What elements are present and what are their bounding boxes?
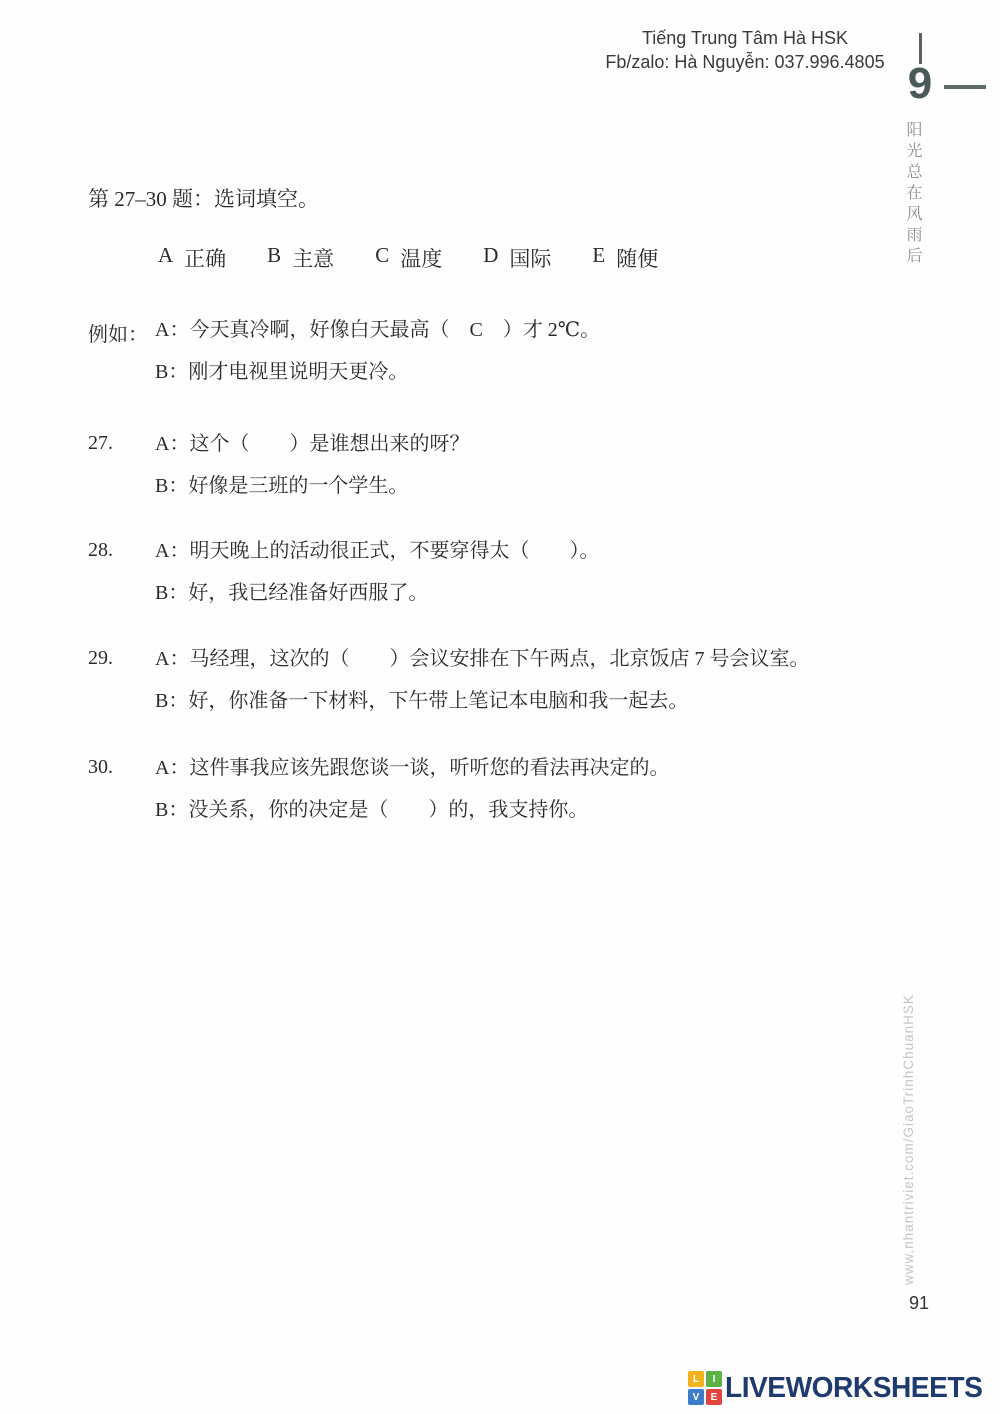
question-29-lines: A：马经理，这次的（ ）会议安排在下午两点，北京饭店 7 号会议室。 B：好，你… [155,647,809,714]
question-30-lines: A：这件事我应该先跟您谈一谈，听听您的看法再决定的。 B：没关系，你的决定是（ … [155,756,669,823]
logo-square-v: V [688,1389,704,1405]
question-29: 29. A：马经理，这次的（ ）会议安排在下午两点，北京饭店 7 号会议室。 B… [88,647,809,731]
example-lines: A：今天真冷啊，好像白天最高（ C ）才 2℃。 B：刚才电视里说明天更冷。 [155,318,600,385]
option-b-word: 主意 [292,243,334,273]
option-d-word: 国际 [509,243,551,273]
worksheet-page: Tiếng Trung Tâm Hà HSK Fb/zalo: Hà Nguyễ… [0,0,1000,1414]
question-30-line-a: A：这件事我应该先跟您谈一谈，听听您的看法再决定的。 [155,756,669,781]
option-b-letter: B [267,243,281,273]
option-d: D 国际 [483,243,551,273]
example-label: 例如： [88,318,148,347]
header-block: Tiếng Trung Tâm Hà HSK Fb/zalo: Hà Nguyễ… [570,26,920,74]
question-28-lines: A：明天晚上的活动很正式，不要穿得太（ ）。 B：好，我已经准备好西服了。 [155,539,599,606]
question-28-line-a: A：明天晚上的活动很正式，不要穿得太（ ）。 [155,539,599,564]
question-30-number: 30. [88,756,113,779]
question-30-line-b: B：没关系，你的决定是（ ）的，我支持你。 [155,798,669,823]
liveworksheets-logo[interactable]: L I V E LIVEWORKSHEETS [688,1371,990,1405]
question-27-line-b: B：好像是三班的一个学生。 [155,474,469,499]
example-block: 例如： A：今天真冷啊，好像白天最高（ C ）才 2℃。 B：刚才电视里说明天更… [88,318,600,402]
question-30: 30. A：这件事我应该先跟您谈一谈，听听您的看法再决定的。 B：没关系，你的决… [88,756,669,840]
question-28: 28. A：明天晚上的活动很正式，不要穿得太（ ）。 B：好，我已经准备好西服了… [88,539,599,623]
example-line-a: A：今天真冷啊，好像白天最高（ C ）才 2℃。 [155,318,600,343]
question-28-number: 28. [88,539,113,562]
word-bank: A 正确 B 主意 C 温度 D 国际 E 随便 [158,243,658,273]
chapter-number: 9 [900,60,940,108]
option-e: E 随便 [592,243,658,273]
chapter-dash-mark [944,85,986,89]
logo-square-l: L [688,1371,704,1387]
side-watermark-url: www.nhantriviet.com/GiaoTrinhChuanHSK [901,985,916,1285]
header-center-name: Tiếng Trung Tâm Hà HSK [570,26,920,50]
question-27: 27. A：这个（ ）是谁想出来的呀？ B：好像是三班的一个学生。 [88,432,469,516]
option-d-letter: D [483,243,498,273]
section-title: 第 27–30 题：选词填空。 [88,183,319,213]
liveworksheets-logo-text: LIVEWORKSHEETS [725,1372,982,1405]
question-29-line-a: A：马经理，这次的（ ）会议安排在下午两点，北京饭店 7 号会议室。 [155,647,809,672]
chapter-title-vertical: 阳光总在风雨后 [901,121,924,291]
question-27-lines: A：这个（ ）是谁想出来的呀？ B：好像是三班的一个学生。 [155,432,469,499]
example-line-b: B：刚才电视里说明天更冷。 [155,360,600,385]
question-29-number: 29. [88,647,113,670]
page-number: 91 [896,1293,942,1314]
logo-square-e: E [706,1389,722,1405]
option-c-word: 温度 [400,243,442,273]
option-c-letter: C [375,243,389,273]
option-a: A 正确 [158,243,226,273]
question-27-line-a: A：这个（ ）是谁想出来的呀？ [155,432,469,457]
question-29-line-b: B：好，你准备一下材料，下午带上笔记本电脑和我一起去。 [155,689,809,714]
header-contact-info: Fb/zalo: Hà Nguyễn: 037.996.4805 [570,50,920,74]
option-e-letter: E [592,243,605,273]
option-a-word: 正确 [184,243,226,273]
logo-square-i: I [706,1371,722,1387]
question-28-line-b: B：好，我已经准备好西服了。 [155,581,599,606]
liveworksheets-logo-icon: L I V E [688,1371,722,1405]
option-b: B 主意 [267,243,334,273]
option-c: C 温度 [375,243,442,273]
option-e-word: 随便 [616,243,658,273]
question-27-number: 27. [88,432,113,455]
option-a-letter: A [158,243,173,273]
